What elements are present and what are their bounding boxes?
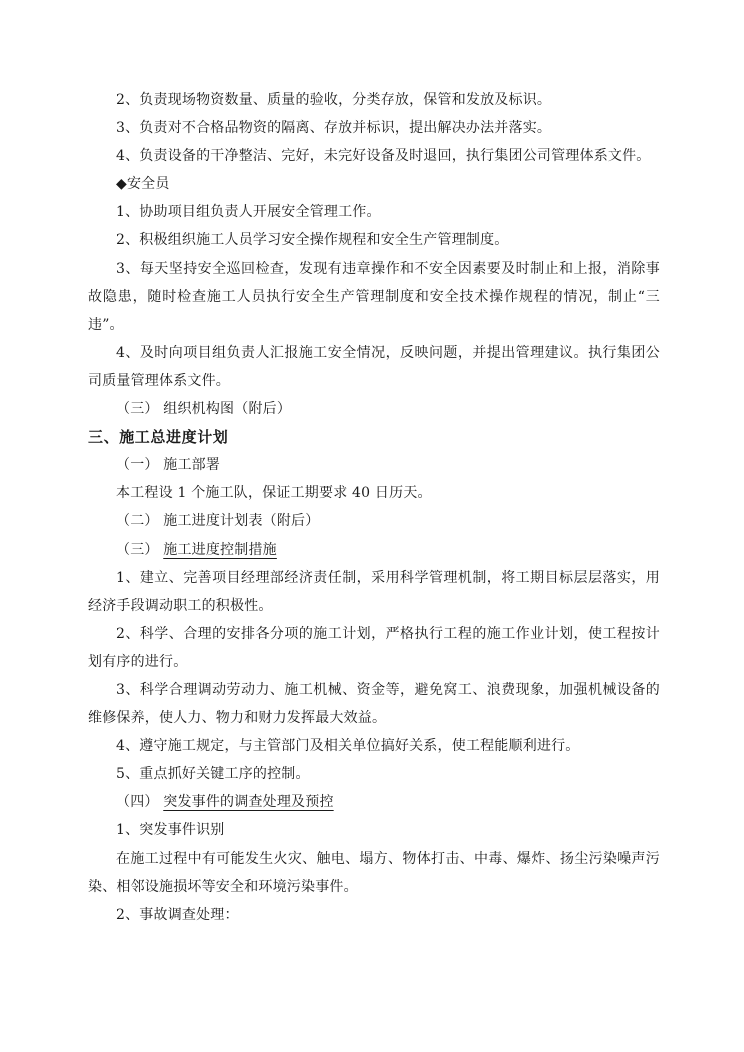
org-chart-note: （三） 组织机构图（附后） (88, 395, 660, 423)
document-page: 2、负责现场物资数量、质量的验收，分类存放，保管和发放及标识。3、负责对不合格品… (0, 0, 744, 1052)
sub-construction-deployment: （一） 施工部署 (88, 451, 660, 479)
text-run: （二） 施工进度计划表（附后） (116, 513, 319, 529)
text-run: 2、事故调查处理： (116, 907, 239, 923)
underlined-text: 施工进度控制措施 (163, 542, 277, 558)
schedule-measure-2: 2、科学、合理的安排各分项的施工计划，严格执行工程的施工作业计划，使工程按计划有… (88, 620, 660, 676)
text-run: 4、负责设备的干净整洁、完好，未完好设备及时退回，执行集团公司管理体系文件。 (116, 148, 651, 164)
text-run: 4、及时向项目组负责人汇报施工安全情况，反映问题，并提出管理建议。执行集团公司质… (88, 345, 660, 389)
deployment-detail: 本工程设 1 个施工队，保证工期要求 40 日历天。 (88, 479, 660, 507)
text-run: 2、负责现场物资数量、质量的验收，分类存放，保管和发放及标识。 (116, 92, 551, 108)
emergency-detail: 在施工过程中有可能发生火灾、触电、塌方、物体打击、中毒、爆炸、扬尘污染噪声污染、… (88, 845, 660, 901)
section-heading-schedule-plan: 三、施工总进度计划 (88, 423, 660, 451)
underlined-text: 突发事件的调查处理及预控 (163, 794, 333, 810)
safety-duty-3: 3、每天坚持安全巡回检查，发现有违章操作和不安全因素要及时制止和上报，消除事故隐… (88, 255, 660, 339)
text-run: ◆安全员 (116, 176, 170, 192)
sub-emergency-handling: （四） 突发事件的调查处理及预控 (88, 788, 660, 816)
text-run: 5、重点抓好关键工序的控制。 (116, 766, 310, 782)
emergency-identify: 1、突发事件识别 (88, 816, 660, 844)
text-run: （三） 组织机构图（附后） (116, 401, 291, 417)
text-run: （一） 施工部署 (116, 457, 220, 473)
text-run: 3、负责对不合格品物资的隔离、存放并标识，提出解决办法并落实。 (116, 120, 551, 136)
text-run: 2、积极组织施工人员学习安全操作规程和安全生产管理制度。 (116, 232, 509, 248)
text-run: 在施工过程中有可能发生火灾、触电、塌方、物体打击、中毒、爆炸、扬尘污染噪声污染、… (88, 851, 660, 895)
text-run: 1、建立、完善项目经理部经济责任制，采用科学管理机制，将工期目标层层落实，用经济… (88, 570, 660, 614)
text-run: 3、科学合理调动劳动力、施工机械、资金等，避免窝工、浪费现象，加强机械设备的维修… (88, 682, 660, 726)
safety-duty-2: 2、积极组织施工人员学习安全操作规程和安全生产管理制度。 (88, 226, 660, 254)
schedule-measure-3: 3、科学合理调动劳动力、施工机械、资金等，避免窝工、浪费现象，加强机械设备的维修… (88, 676, 660, 732)
text-run: 4、遵守施工规定，与主管部门及相关单位搞好关系，使工程能顺利进行。 (116, 738, 580, 754)
materials-duty-2: 2、负责现场物资数量、质量的验收，分类存放，保管和发放及标识。 (88, 86, 660, 114)
text-run: 1、突发事件识别 (116, 822, 225, 838)
materials-duty-4: 4、负责设备的干净整洁、完好，未完好设备及时退回，执行集团公司管理体系文件。 (88, 142, 660, 170)
sub-schedule-control-measures: （三） 施工进度控制措施 (88, 536, 660, 564)
safety-duty-4: 4、及时向项目组负责人汇报施工安全情况，反映问题，并提出管理建议。执行集团公司质… (88, 339, 660, 395)
text-run: 1、协助项目组负责人开展安全管理工作。 (116, 204, 381, 220)
schedule-measure-5: 5、重点抓好关键工序的控制。 (88, 760, 660, 788)
sub-schedule-table: （二） 施工进度计划表（附后） (88, 507, 660, 535)
accident-investigation: 2、事故调查处理： (88, 901, 660, 929)
safety-officer-bullet: ◆安全员 (88, 170, 660, 198)
safety-duty-1: 1、协助项目组负责人开展安全管理工作。 (88, 198, 660, 226)
text-run: （四） (116, 794, 163, 810)
schedule-measure-1: 1、建立、完善项目经理部经济责任制，采用科学管理机制，将工期目标层层落实，用经济… (88, 564, 660, 620)
text-run: 2、科学、合理的安排各分项的施工计划，严格执行工程的施工作业计划，使工程按计划有… (88, 626, 660, 670)
text-run: 三、施工总进度计划 (88, 428, 228, 446)
materials-duty-3: 3、负责对不合格品物资的隔离、存放并标识，提出解决办法并落实。 (88, 114, 660, 142)
text-run: 本工程设 1 个施工队，保证工期要求 40 日历天。 (116, 485, 432, 501)
document-content: 2、负责现场物资数量、质量的验收，分类存放，保管和发放及标识。3、负责对不合格品… (88, 86, 660, 929)
schedule-measure-4: 4、遵守施工规定，与主管部门及相关单位搞好关系，使工程能顺利进行。 (88, 732, 660, 760)
text-run: 3、每天坚持安全巡回检查，发现有违章操作和不安全因素要及时制止和上报，消除事故隐… (88, 261, 660, 333)
text-run: （三） (116, 542, 163, 558)
